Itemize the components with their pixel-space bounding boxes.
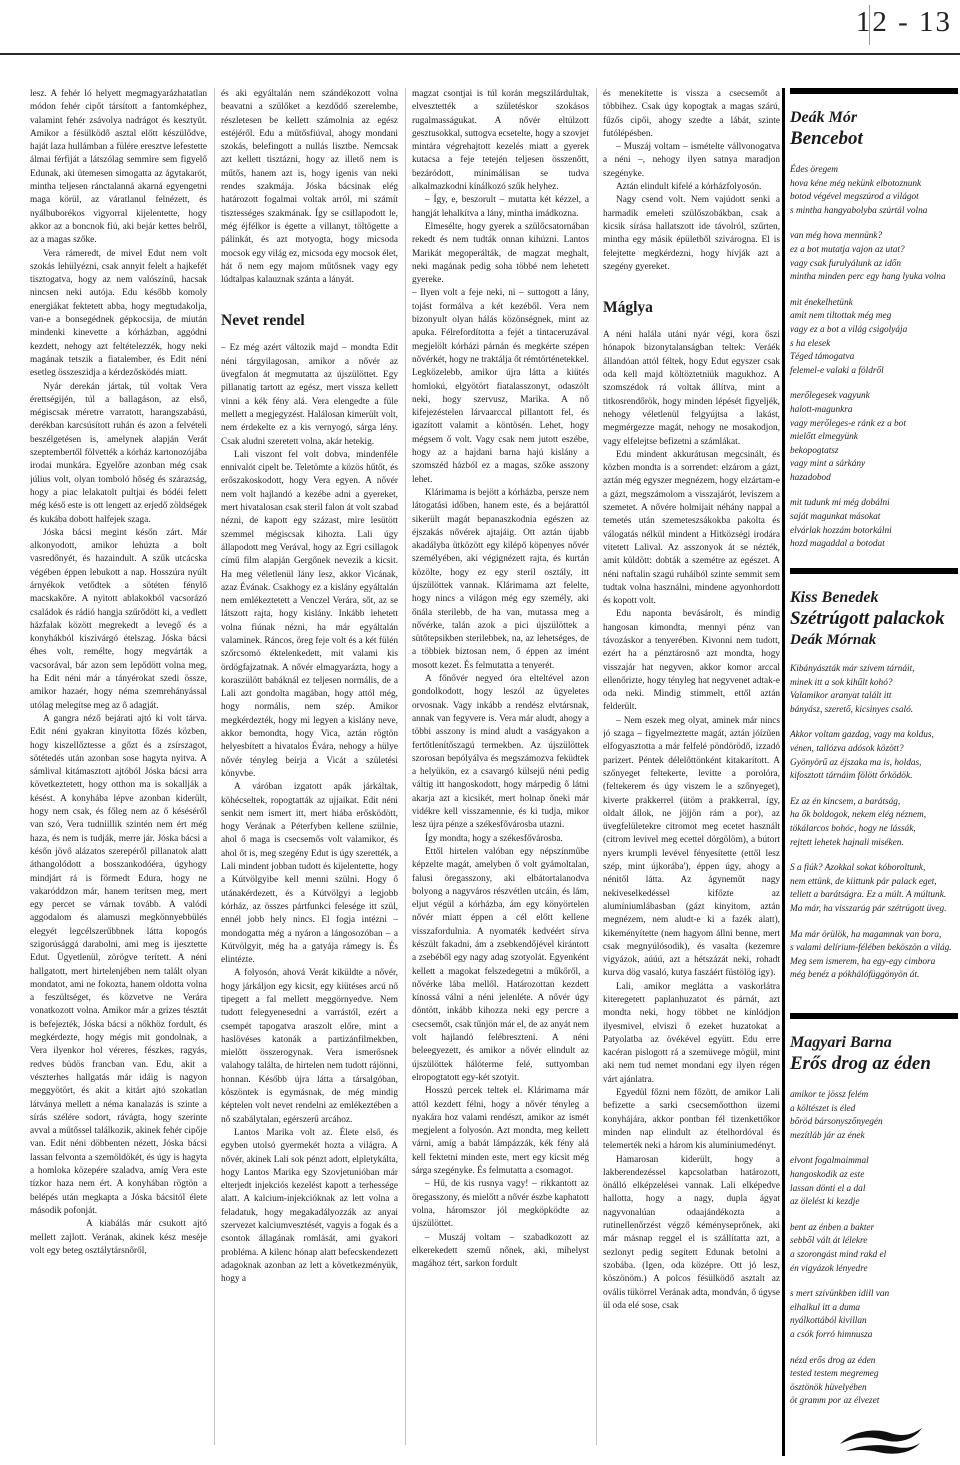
section-heading: Nevet rendel [221, 312, 398, 329]
poem-line: ez a bot mutatja vajon az utat? [790, 244, 960, 258]
poem-line: bent az énben a bakter [790, 1222, 960, 1236]
story-paragraph: Nyár derekán jártak, túl voltak Vera ére… [30, 381, 207, 527]
poem-line: merőlegesek vagyunk [790, 390, 960, 404]
story-paragraph: A gangra néző bejárati ajtó ki volt tárv… [30, 713, 207, 1218]
column-rule [214, 88, 215, 1445]
poem-author: Kiss Benedek [790, 588, 960, 607]
poem-line: s valami delírium-félében beköszön a vil… [790, 942, 960, 956]
story-paragraph: Edu naponta bevásárolt, és mindig hangos… [603, 608, 780, 714]
poem-body: amikor te jössz feléma költészet is éled… [790, 1089, 960, 1409]
story-paragraph: Nagy csend volt. Nem vajúdott senki a ha… [603, 194, 780, 274]
story-columns: lesz. A fehér ló helyett megmagyarázhata… [30, 88, 780, 1445]
story-paragraph: – Nem eszek meg olyat, aminek már nincs … [603, 715, 780, 981]
poem-line: saját magunkat másokat [790, 511, 960, 525]
story-paragraph: A váróban izgatott apák járkáltak, köhéc… [221, 781, 398, 967]
poem-line: felemel-e valaki a földről [790, 365, 960, 379]
poem-divider-bar [790, 568, 958, 574]
poem-line: s mert szívünkben idill van [790, 1288, 960, 1302]
column-rule [405, 88, 406, 1445]
poem-line: Ma már örülök, ha magamnak van bora, [790, 929, 960, 943]
poem-line: a szorongást mind rakd el [790, 1249, 960, 1263]
section-heading: Máglya [603, 299, 780, 316]
poem-line: hova kéne még nekünk elbotoznunk [790, 178, 960, 192]
poem-line: a költészet is éled [790, 1103, 960, 1117]
poem-line: nem ettünk, de kiittunk pár palack eget, [790, 876, 960, 890]
poem-line: tökálarcos bohóc, hogy ne lássák, [790, 823, 960, 837]
poem-author: Magyari Barna [790, 1033, 960, 1052]
poem-line: minek itt a sok kihűlt kohó? [790, 677, 960, 691]
poem-stanza: Édes öregemhova kéne még nekünk elbotozn… [790, 164, 960, 218]
poem-line: ösztönök hüvelyében [790, 1382, 960, 1396]
poem-line: Gyönyörű az éjszaka ma is, holdas, [790, 757, 960, 771]
story-paragraph: – Muszáj voltam – szabadkozott az elkere… [412, 1232, 589, 1272]
poem-line: öt gramm por az élvezet [790, 1395, 960, 1409]
poem-line: bekopogtatsz [790, 445, 960, 459]
poem-line: én vigyázok lényedre [790, 1263, 960, 1277]
text-column-1: lesz. A fehér ló helyett megmagyarázhata… [30, 88, 207, 1445]
story-paragraph: Hamarosan kiderült, hogy a lakberendezés… [603, 1154, 780, 1314]
story-paragraph: Jóska bácsi megint későn zárt. Már alkon… [30, 527, 207, 713]
poem-line: botod végével megszúrod a világot [790, 191, 960, 205]
story-paragraph: Ettől hirtelen valóban egy népszínműbe k… [412, 846, 589, 1085]
story-paragraph: Aztán elindult kifelé a kórházfolyosón. [603, 181, 780, 194]
story-paragraph: – Ez még azért változik majd – mondta Ed… [221, 342, 398, 448]
poem-line: mezítláb jár az ének [790, 1130, 960, 1144]
story-paragraph: Így mondta, hogy a székesfővárosba. [412, 833, 589, 846]
poem-stanza: elvont fogalmaimmalhangoskodik az estela… [790, 1155, 960, 1209]
poem-line: vagy ez a bot a világ csigolyája [790, 324, 960, 338]
story-paragraph: A kiabálás már csukott ajtó mellett zajl… [30, 1218, 207, 1258]
header-rule [0, 53, 960, 55]
poem-line: elhalkul itt a duma [790, 1302, 960, 1316]
poem-stanza: Ez az én kincsem, a barátság,ha ők boldo… [790, 796, 960, 850]
poem-line: mit tudunk mi még dobálni [790, 497, 960, 511]
poem-divider-bar [790, 1013, 958, 1019]
poem-line: Ma már, ha visszarúg pár szétrúgott üveg… [790, 903, 960, 917]
story-paragraph: – Muszáj voltam – ismételte vállvonogatv… [603, 141, 780, 181]
poem-stanza: Ma már örülök, ha magamnak van bora,s va… [790, 929, 960, 983]
story-paragraph: és menekítette is vissza a csecsemőt a t… [603, 88, 780, 141]
poem-line: Téged támogatva [790, 351, 960, 365]
poem-line: elvont fogalmaimmal [790, 1155, 960, 1169]
poem-line: tellett a barátságra. Ez a múlt. A múltu… [790, 889, 960, 903]
poem-line: lassan dönti el a dal [790, 1183, 960, 1197]
poem-line: ha ők boldogok, nekem elég néznem, [790, 809, 960, 823]
poetry-sidebar: Deák MórBencebotÉdes öregemhova kéne még… [782, 88, 960, 1458]
poem-line: van még hova mennünk? [790, 230, 960, 244]
poem-title: Erős drog az éden [790, 1052, 960, 1076]
poem-line: vagy csak furulyálunk az időn [790, 258, 960, 272]
poem-line: rejtett lehetek hajnali miséken. [790, 837, 960, 851]
poem-title: Bencebot [790, 127, 960, 151]
story-paragraph: – Ilyen volt a feje neki, ni – suttogott… [412, 287, 589, 486]
poem-line: még benéz a pókhálófüggönyön át. [790, 969, 960, 983]
poem-line: s ha elesek [790, 338, 960, 352]
story-paragraph: Hosszú percek teltek el. Klárimama már a… [412, 1085, 589, 1178]
poem-line: hazadobod [790, 472, 960, 486]
poem-stanza: Akkor voltam gazdag, vagy ma koldus,véne… [790, 729, 960, 783]
poem-line: nézd erős drog az éden [790, 1355, 960, 1369]
poem-line: tested testem megremeg [790, 1368, 960, 1382]
poem-stanza: van még hova mennünk?ez a bot mutatja va… [790, 230, 960, 284]
journal-page: 12 - 13 lesz. A fehér ló helyett megmagy… [0, 0, 960, 1465]
poem-line: vagy mint a sárkány [790, 458, 960, 472]
story-paragraph: – Így, e, beszorult – mutatta két kézzel… [412, 194, 589, 221]
story-paragraph: – Hű, de kis rusnya vagy! – rikkantott a… [412, 1178, 589, 1231]
poem-stanza: mit tudunk mi még dobálnisaját magunkat … [790, 497, 960, 551]
story-paragraph: Lali, amikor meglátta a vaskorlátra kite… [603, 981, 780, 1087]
story-paragraph: A néni halála utáni nyár végi, kora őszi… [603, 329, 780, 449]
poem-line: Akkor voltam gazdag, vagy ma koldus, [790, 729, 960, 743]
poem-line: Kibányászták már szívem tárnáit, [790, 663, 960, 677]
poem: Deák MórBencebotÉdes öregemhova kéne még… [790, 88, 960, 564]
poem-dedication: Deák Mórnak [790, 631, 960, 650]
story-paragraph: A főnővér negyed óra elteltével azon gon… [412, 673, 589, 833]
poem-line: s mintha hangyabolyba szúrtál volna [790, 205, 960, 219]
poem-line: Ez az én kincsem, a barátság, [790, 796, 960, 810]
poem-line: nyálkottából kivillan [790, 1315, 960, 1329]
story-paragraph: Egyedül főzni nem főzött, de amikor Lali… [603, 1087, 780, 1153]
story-paragraph: Vera rámeredt, de mivel Edut nem volt sz… [30, 248, 207, 381]
poem-divider-bar [790, 88, 958, 94]
poem: Magyari BarnaErős drog az édenamikor te … [790, 1013, 960, 1421]
poem-stanza: S a fiúk? Azokkal sokat kóboroltunk,nem … [790, 862, 960, 916]
story-paragraph: lesz. A fehér ló helyett megmagyarázhata… [30, 88, 207, 248]
poem-body: Édes öregemhova kéne még nekünk elbotozn… [790, 164, 960, 552]
poem-stanza: bent az énben a baktersebből vált át lél… [790, 1222, 960, 1276]
poem-line: az ölelést ki kezdje [790, 1196, 960, 1210]
poem-stanza: amikor te jössz feléma költészet is éled… [790, 1089, 960, 1143]
poem-line: mielőtt elmegyünk [790, 431, 960, 445]
poem-line: hangoskodik az este [790, 1169, 960, 1183]
poem-line: S a fiúk? Azokkal sokat kóboroltunk, [790, 862, 960, 876]
poem-stanza: nézd erős drog az édentested testem megr… [790, 1355, 960, 1409]
poem-line: vagy merőleges-e ránk ez a bot [790, 418, 960, 432]
text-column-4: és menekítette is vissza a csecsemőt a t… [603, 88, 780, 1445]
text-column-2: és aki egyáltalán nem szándékozott volna… [221, 88, 398, 1445]
poem-author: Deák Mór [790, 108, 960, 127]
poem-line: elvárlak hozzám botorkálni [790, 525, 960, 539]
poem-line: amikor te jössz felém [790, 1089, 960, 1103]
poem-title: Szétrúgott palackok [790, 607, 960, 631]
poem-line: bőröd bársonyszőnyegén [790, 1116, 960, 1130]
poem-line: halott-magunkra [790, 404, 960, 418]
story-paragraph: Klárimama is bejött a kórházba, persze n… [412, 487, 589, 673]
poem-line: bányász, szerető, kicsinyes csaló. [790, 704, 960, 718]
page-number: 12 - 13 [856, 6, 952, 39]
flourish-icon [832, 1420, 928, 1460]
poem-line: Valamikor aranyat talált itt [790, 690, 960, 704]
poem-line: mit énekelhetünk [790, 297, 960, 311]
poem-line: sebből vált át lélekre [790, 1235, 960, 1249]
story-paragraph: Lantos Marika volt az. Élete első, és eg… [221, 1127, 398, 1287]
poem: Kiss BenedekSzétrúgott palackokDeák Mórn… [790, 568, 960, 995]
sidebar-vertical-rule [782, 88, 785, 1456]
column-rule [596, 88, 597, 1445]
story-paragraph: A folyosón, ahová Verát kiküldte a nővér… [221, 967, 398, 1127]
story-paragraph: Elmesélte, hogy gyerek a szülőcsatornába… [412, 221, 589, 287]
poem-stanza: merőlegesek vagyunkhalott-magunkravagy m… [790, 390, 960, 485]
poem-line: hozd magaddal a botodat [790, 538, 960, 552]
poem-line: vénen, tallózva adósok között? [790, 743, 960, 757]
poem-line: amit nem tiltottak még meg [790, 310, 960, 324]
story-paragraph: Lali viszont fel volt dobva, mindenféle … [221, 449, 398, 781]
poem-line: kifosztott tárnáim fölött őrködök. [790, 770, 960, 784]
poem-line: Édes öregem [790, 164, 960, 178]
text-column-3: magzat csontjai is túl korán megszilárdu… [412, 88, 589, 1445]
poem-stanza: Kibányászták már szívem tárnáit,minek it… [790, 663, 960, 717]
poem-line: Meg sem ismerem, ha egy-egy cimbora [790, 956, 960, 970]
poem-line: a csók forró himnusza [790, 1329, 960, 1343]
story-paragraph: magzat csontjai is túl korán megszilárdu… [412, 88, 589, 194]
poem-stanza: mit énekelhetünkamit nem tiltottak még m… [790, 297, 960, 379]
story-paragraph: Edu mindent akkurátusan megcsinált, és k… [603, 449, 780, 609]
poem-line: mintha minden perc egy hang lyuka volna [790, 271, 960, 285]
poem-stanza: s mert szívünkben idill vanelhalkul itt … [790, 1288, 960, 1342]
poem-body: Kibányászták már szívem tárnáit,minek it… [790, 663, 960, 983]
story-paragraph: és aki egyáltalán nem szándékozott volna… [221, 88, 398, 287]
